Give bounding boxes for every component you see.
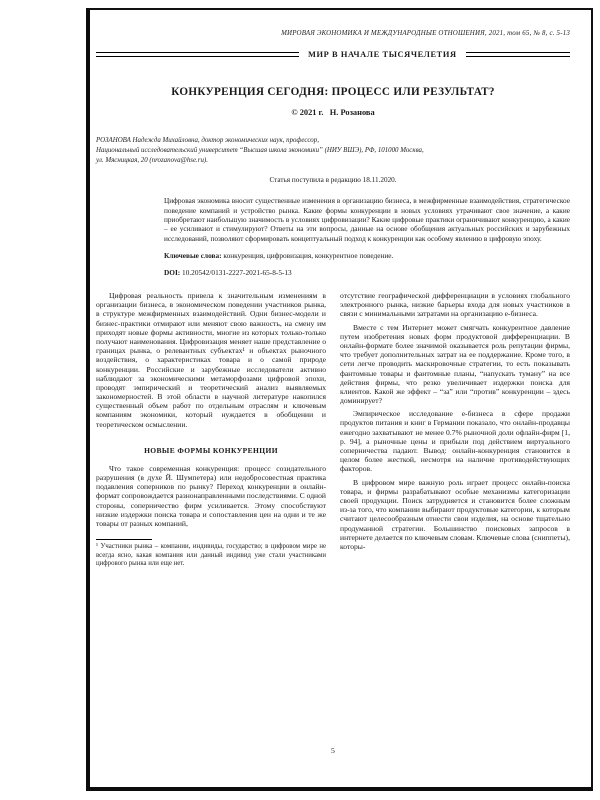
received-note: Статья поступила в редакцию 18.11.2020.	[96, 176, 570, 184]
author-line-1: РОЗАНОВА Надежда Михайловна, доктор экон…	[96, 136, 570, 146]
page-content: МИРОВАЯ ЭКОНОМИКА И МЕЖДУНАРОДНЫЕ ОТНОШЕ…	[96, 30, 570, 569]
copyright-line: © 2021 г. Н. Розанова	[96, 108, 570, 117]
doi-value: 10.20542/0131-2227-2021-65-8-5-13	[182, 268, 292, 277]
body-paragraph: Вместе с тем Интернет может смягчать кон…	[340, 323, 570, 406]
keywords-line: Ключевые слова: конкуренция, цифровизаци…	[164, 251, 570, 260]
scanned-journal-page: МИРОВАЯ ЭКОНОМИКА И МЕЖДУНАРОДНЫЕ ОТНОШЕ…	[0, 0, 600, 800]
body-paragraph: Цифровая реальность привела к значительн…	[96, 291, 326, 429]
section-heading: НОВЫЕ ФОРМЫ КОНКУРЕНЦИИ	[96, 446, 326, 455]
body-columns: Цифровая реальность привела к значительн…	[96, 291, 570, 569]
keywords-text: конкуренция, цифровизация, конкурентное …	[223, 251, 393, 260]
doi-line: DOI: 10.20542/0131-2227-2021-65-8-5-13	[164, 268, 570, 277]
footnote-text: ¹ Участники рынка – компании, индивиды, …	[96, 543, 326, 569]
body-paragraph: В цифровом мире важную роль играет проце…	[340, 478, 570, 552]
footnote-block: ¹ Участники рынка – компании, индивиды, …	[96, 539, 326, 569]
author-line-3: ул. Мясницкая, 20 (nrozanova@hse.ru).	[96, 156, 570, 166]
footnote-rule	[96, 539, 152, 540]
body-paragraph: отсутствие географической дифференциации…	[340, 291, 570, 319]
banner-rule-left	[96, 52, 299, 57]
author-affiliation-block: РОЗАНОВА Надежда Михайловна, доктор экон…	[96, 136, 570, 165]
author-line-2: Национальный исследовательский университ…	[96, 146, 570, 156]
abstract-text: Цифровая экономика вносит существенные и…	[164, 196, 570, 243]
body-paragraph: Эмпирическое исследование e-бизнеса в сф…	[340, 409, 570, 473]
article-title: КОНКУРЕНЦИЯ СЕГОДНЯ: ПРОЦЕСС ИЛИ РЕЗУЛЬТ…	[96, 86, 570, 98]
keywords-label: Ключевые слова:	[164, 251, 222, 260]
body-paragraph: Что такое современная конкуренция: проце…	[96, 464, 326, 528]
banner-title: МИР В НАЧАЛЕ ТЫСЯЧЕЛЕТИЯ	[308, 50, 457, 59]
doi-label: DOI:	[164, 268, 180, 277]
banner-rule-right	[466, 52, 570, 57]
page-number: 5	[96, 746, 570, 755]
body-left-column: Цифровая реальность привела к значительн…	[96, 291, 326, 569]
section-banner: МИР В НАЧАЛЕ ТЫСЯЧЕЛЕТИЯ	[96, 50, 570, 59]
body-right-column: отсутствие географической дифференциации…	[340, 291, 570, 569]
journal-header: МИРОВАЯ ЭКОНОМИКА И МЕЖДУНАРОДНЫЕ ОТНОШЕ…	[96, 30, 570, 37]
